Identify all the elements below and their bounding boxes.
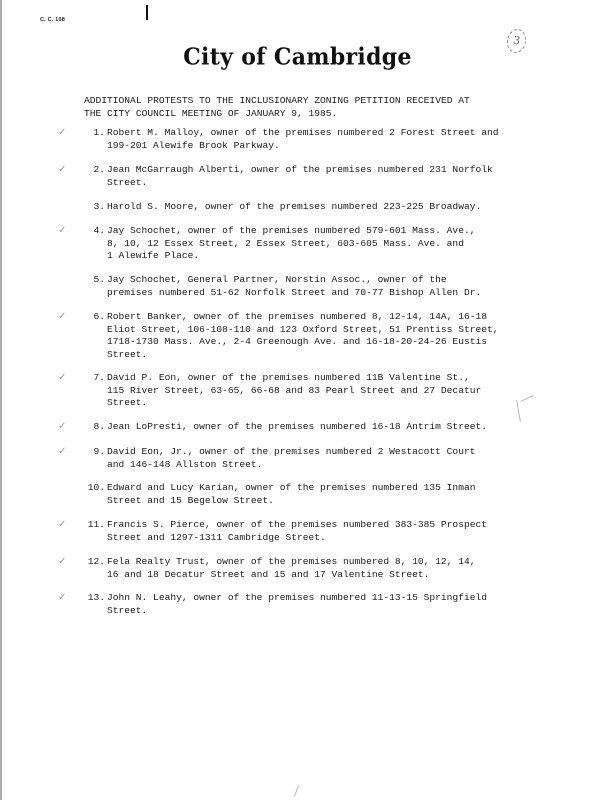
item-text: Edward and Lucy Karian, owner of the pre… bbox=[107, 482, 475, 507]
scan-speck bbox=[294, 785, 299, 797]
item-number: 8. bbox=[60, 421, 105, 434]
item-number: 5. bbox=[60, 274, 105, 287]
page-title: City of Cambridge bbox=[0, 43, 595, 70]
item-number: 4. bbox=[60, 225, 105, 238]
margin-mark bbox=[516, 400, 521, 422]
item-number: 7. bbox=[60, 372, 105, 385]
item-text: Jay Schochet, owner of the premises numb… bbox=[107, 225, 475, 263]
ink-mark bbox=[146, 5, 148, 20]
item-text: David Eon, Jr., owner of the premises nu… bbox=[107, 446, 475, 471]
item-text: John N. Leahy, owner of the premises num… bbox=[107, 592, 487, 617]
scan-edge bbox=[0, 0, 2, 800]
item-number: 1. bbox=[60, 127, 105, 140]
item-number: 10. bbox=[60, 482, 105, 495]
item-number: 9. bbox=[60, 446, 105, 459]
item-text: Jean McGarraugh Alberti, owner of the pr… bbox=[107, 164, 493, 189]
margin-mark bbox=[520, 395, 533, 402]
item-number: 12. bbox=[60, 556, 105, 569]
item-text: Robert Banker, owner of the premises num… bbox=[107, 311, 499, 362]
item-number: 11. bbox=[60, 519, 105, 532]
item-text: Harold S. Moore, owner of the premises n… bbox=[107, 201, 481, 214]
form-code: C. C. 108 bbox=[40, 17, 65, 23]
item-text: Francis S. Pierce, owner of the premises… bbox=[107, 519, 487, 544]
item-text: Robert M. Malloy, owner of the premises … bbox=[107, 127, 499, 152]
intro-heading: ADDITIONAL PROTESTS TO THE INCLUSIONARY … bbox=[84, 94, 470, 120]
item-number: 2. bbox=[60, 164, 105, 177]
item-text: David P. Eon, owner of the premises numb… bbox=[107, 372, 481, 410]
item-number: 6. bbox=[60, 311, 105, 324]
item-text: Jay Schochet, General Partner, Norstin A… bbox=[107, 274, 481, 299]
item-number: 3. bbox=[60, 201, 105, 214]
item-text: Fela Realty Trust, owner of the premises… bbox=[107, 556, 475, 581]
item-number: 13. bbox=[60, 592, 105, 605]
item-text: Jean LoPresti, owner of the premises num… bbox=[107, 421, 487, 434]
